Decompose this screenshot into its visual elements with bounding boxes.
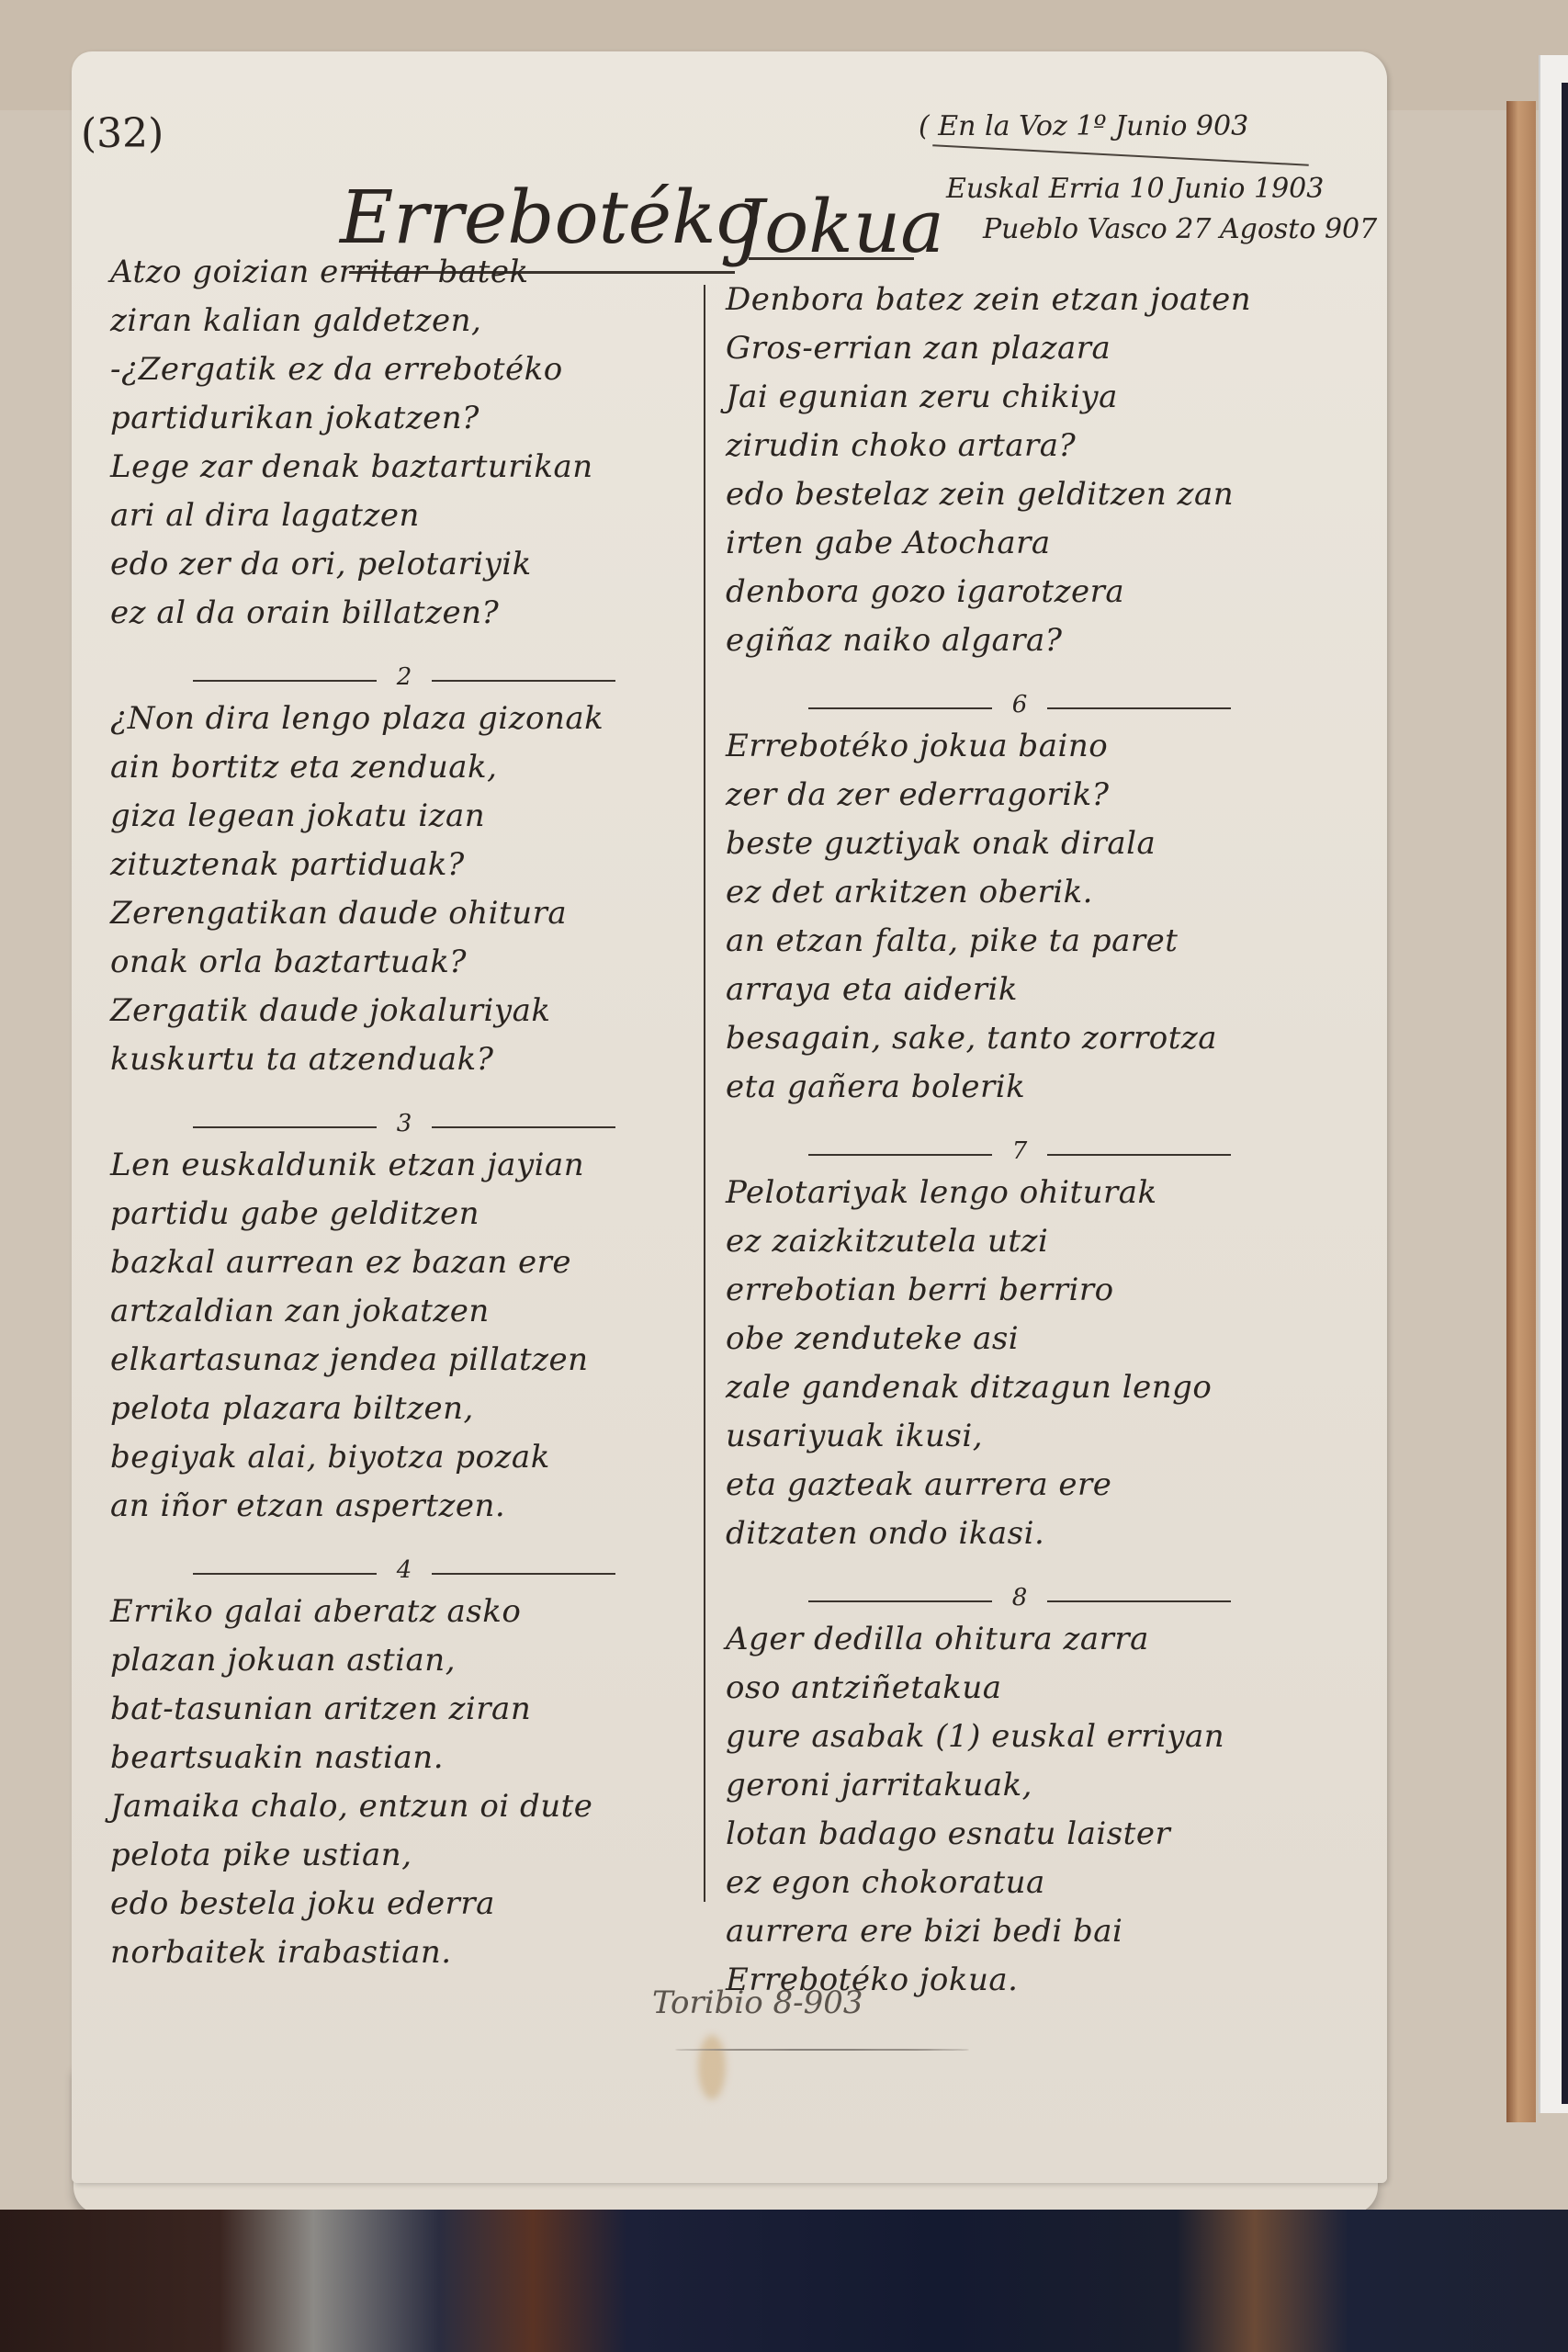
page-number: (32) [81, 110, 164, 157]
verse-line: denbora gozo igarotzera [726, 568, 1314, 616]
verse-line: irten gabe Atochara [726, 519, 1314, 568]
verse-line: lotan badago esnatu laister [726, 1810, 1314, 1859]
water-stain [698, 2035, 726, 2099]
verse-line: pelota pike ustian, [110, 1831, 698, 1880]
stanza-3: 3 Len euskaldunik etzan jayian partidu g… [110, 1110, 698, 1531]
verse-line: Errebotéko jokua baino [726, 722, 1314, 771]
verse-line: geroni jarritakuak, [726, 1761, 1314, 1810]
verse-line: besagain, sake, tanto zorrotza [726, 1014, 1314, 1063]
floor-background [0, 2210, 1568, 2352]
adjacent-book-spine [1562, 83, 1568, 2104]
stanza-7: 7 Pelotariyak lengo ohiturak ez zaizkitz… [726, 1137, 1314, 1558]
verse-line: an iñor etzan aspertzen. [110, 1482, 698, 1531]
verse-line: zer da zer ederragorik? [726, 771, 1314, 820]
verse-line: zituztenak partiduak? [110, 841, 698, 889]
verse-line: begiyak alai, biyotza pozak [110, 1433, 698, 1482]
verse-line: zale gandenak ditzagun lengo [726, 1363, 1314, 1412]
verse-line: edo zer da ori, pelotariyik [110, 540, 698, 589]
verse-line: artzaldian zan jokatzen [110, 1287, 698, 1336]
verse-line: beste guztiyak onak dirala [726, 820, 1314, 868]
verse-line: aurrera ere bizi bedi bai [726, 1907, 1314, 1956]
verse-line: egiñaz naiko algara? [726, 616, 1314, 665]
stanza-1: Atzo goizian erritar batek ziran kalian … [110, 248, 698, 638]
signature-date: Toribio 8-903 [652, 1984, 863, 2021]
verse-line: an etzan falta, pike ta paret [726, 917, 1314, 966]
verse-line: -¿Zergatik ez da errebotéko [110, 345, 698, 394]
publication-note-1: ( En la Voz 1º Junio 903 [919, 110, 1248, 142]
stanza-5: Denbora batez zein etzan joaten Gros-err… [726, 276, 1314, 665]
verse-line: ez egon chokoratua [726, 1859, 1314, 1907]
verse-line: norbaitek irabastian. [110, 1928, 698, 1977]
verse-line: obe zenduteke asi [726, 1315, 1314, 1363]
page-edge-binding [1506, 101, 1536, 2122]
verse-line: bat-tasunian aritzen ziran [110, 1685, 698, 1734]
publication-note-2: Euskal Erria 10 Junio 1903 [946, 173, 1324, 205]
verse-line: Pelotariyak lengo ohiturak [726, 1169, 1314, 1217]
verse-line: Jai egunian zeru chikiya [726, 373, 1314, 422]
verse-line: Ager dedilla ohitura zarra [726, 1615, 1314, 1664]
verse-line: zirudin choko artara? [726, 422, 1314, 470]
verse-line: ain bortitz eta zenduak, [110, 743, 698, 792]
stanza-6: 6 Errebotéko jokua baino zer da zer eder… [726, 691, 1314, 1112]
verse-line: errebotian berri berriro [726, 1266, 1314, 1315]
verse-line: eta gazteak aurrera ere [726, 1461, 1314, 1510]
title-underline-2 [749, 257, 914, 260]
stanza-number: 6 [726, 691, 1314, 722]
verse-line: edo bestelaz zein gelditzen zan [726, 470, 1314, 519]
stanza-2: 2 ¿Non dira lengo plaza gizonak ain bort… [110, 663, 698, 1084]
verse-line: edo bestela joku ederra [110, 1880, 698, 1928]
verse-line: oso antziñetakua [726, 1664, 1314, 1713]
verse-line: Atzo goizian erritar batek [110, 248, 698, 297]
verse-line: ez det arkitzen oberik. [726, 868, 1314, 917]
verse-line: plazan jokuan astian, [110, 1636, 698, 1685]
verse-line: ditzaten ondo ikasi. [726, 1510, 1314, 1558]
verse-line: Lege zar denak baztarturikan [110, 443, 698, 492]
verse-line: elkartasunaz jendea pillatzen [110, 1336, 698, 1385]
signature-flourish [675, 2049, 969, 2051]
verse-line: Zergatik daude jokaluriyak [110, 987, 698, 1035]
verse-line: kuskurtu ta atzenduak? [110, 1035, 698, 1084]
verse-line: partidurikan jokatzen? [110, 394, 698, 443]
verse-line: gure asabak (1) euskal erriyan [726, 1713, 1314, 1761]
verse-line: Erriko galai aberatz asko [110, 1588, 698, 1636]
verse-line: Jamaika chalo, entzun oi dute [110, 1782, 698, 1831]
verse-line: Len euskaldunik etzan jayian [110, 1141, 698, 1190]
stanza-4: 4 Erriko galai aberatz asko plazan jokua… [110, 1556, 698, 1977]
publication-note-3: Pueblo Vasco 27 Agosto 907 [983, 213, 1377, 245]
stanza-number: 8 [726, 1584, 1314, 1615]
verse-line: beartsuakin nastian. [110, 1734, 698, 1782]
verse-line: Zerengatikan daude ohitura [110, 889, 698, 938]
verse-line: ziran kalian galdetzen, [110, 297, 698, 345]
right-column: Denbora batez zein etzan joaten Gros-err… [726, 276, 1314, 2030]
column-divider [704, 285, 705, 1902]
verse-line: Gros-errian zan plazara [726, 324, 1314, 373]
verse-line: pelota plazara biltzen, [110, 1385, 698, 1433]
verse-line: ¿Non dira lengo plaza gizonak [110, 695, 698, 743]
stanza-number: 7 [726, 1137, 1314, 1169]
left-column: Atzo goizian erritar batek ziran kalian … [110, 248, 698, 2003]
stanza-number: 2 [110, 663, 698, 695]
verse-line: onak orla baztartuak? [110, 938, 698, 987]
verse-line: arraya eta aiderik [726, 966, 1314, 1014]
verse-line: ari al dira lagatzen [110, 492, 698, 540]
verse-line: ez zaizkitzutela utzi [726, 1217, 1314, 1266]
verse-line: Denbora batez zein etzan joaten [726, 276, 1314, 324]
verse-line: usariyuak ikusi, [726, 1412, 1314, 1461]
stanza-number: 3 [110, 1110, 698, 1141]
verse-line: partidu gabe gelditzen [110, 1190, 698, 1238]
verse-line: giza legean jokatu izan [110, 792, 698, 841]
verse-line: bazkal aurrean ez bazan ere [110, 1238, 698, 1287]
stanza-number: 4 [110, 1556, 698, 1588]
verse-line: eta gañera bolerik [726, 1063, 1314, 1112]
stanza-8: 8 Ager dedilla ohitura zarra oso antziñe… [726, 1584, 1314, 2005]
verse-line: ez al da orain billatzen? [110, 589, 698, 638]
